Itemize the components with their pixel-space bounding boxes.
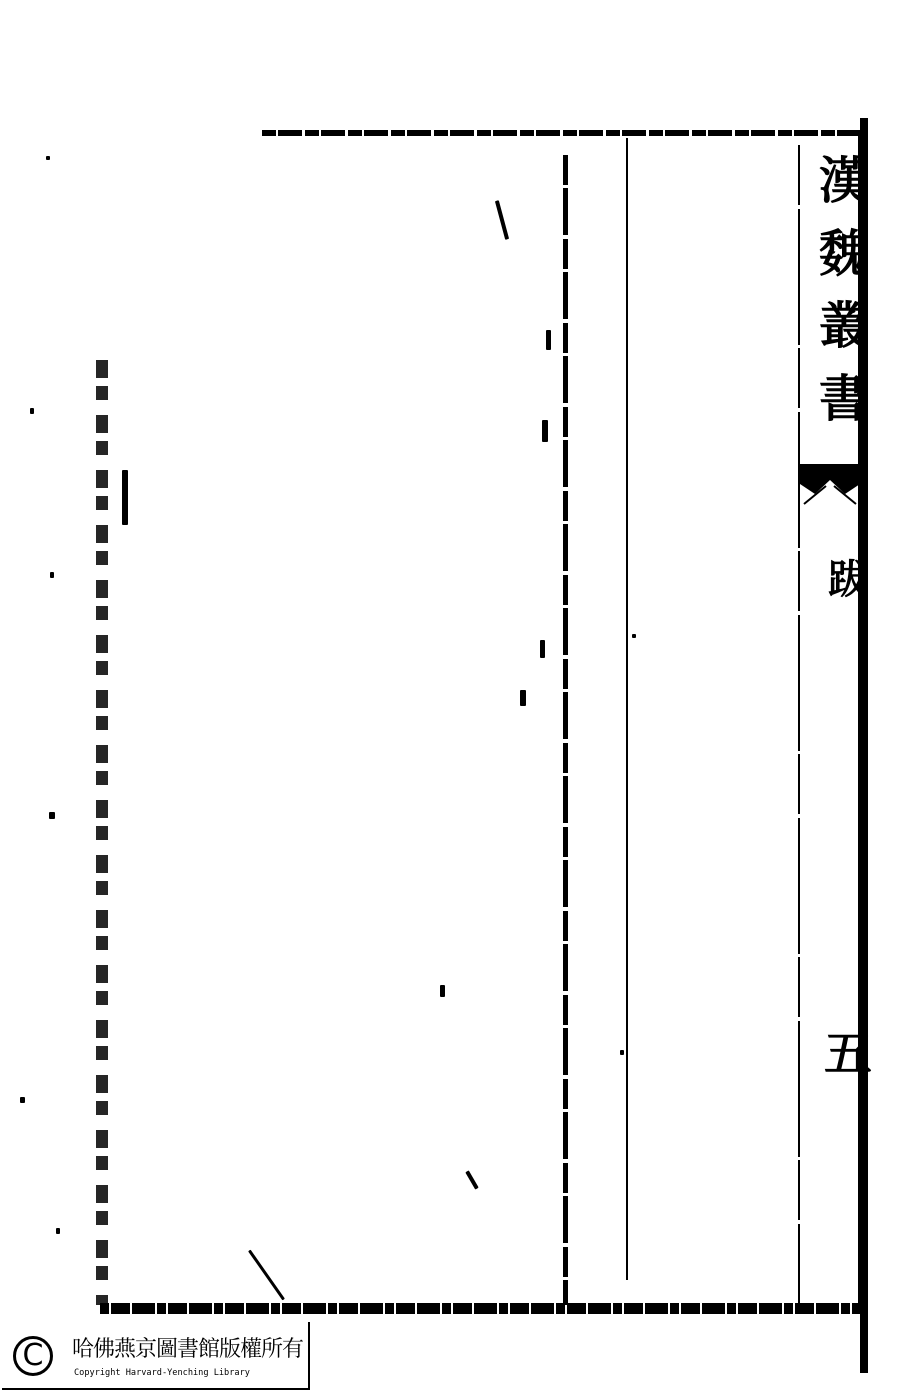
scan-speck <box>56 1228 60 1234</box>
title-char: 書 <box>819 363 860 436</box>
scan-speck <box>540 640 545 658</box>
scan-speck <box>632 634 636 638</box>
book-title-column: 漢 魏 叢 書 <box>808 145 860 435</box>
scan-speck <box>46 156 50 160</box>
copyright-icon: C <box>13 1336 53 1376</box>
fishtail-mark-icon <box>800 458 860 518</box>
scan-speck <box>30 408 34 414</box>
page-number: 五 <box>824 1015 872 1084</box>
scan-speck <box>546 330 551 350</box>
scanned-page: 漢 魏 叢 書 跋 五 C 哈佛燕京圖書館版權所有 Copyright Harv… <box>0 0 900 1395</box>
scan-speck <box>620 1050 624 1055</box>
section-label: 跋 <box>828 548 868 605</box>
scan-speck <box>20 1097 25 1103</box>
leaf-right-edge <box>563 155 568 1305</box>
title-char: 叢 <box>819 290 860 363</box>
title-char: 漢 <box>819 145 860 218</box>
scan-speck <box>122 470 128 525</box>
scan-speck <box>49 812 55 819</box>
title-char: 魏 <box>819 218 860 291</box>
blank-worn-leaf <box>96 150 568 1305</box>
scan-speck <box>542 420 548 442</box>
title-column-rule <box>798 145 800 1303</box>
leaf-left-edge <box>96 360 108 1305</box>
scan-speck <box>50 572 54 578</box>
copyright-stamp: C 哈佛燕京圖書館版權所有 Copyright Harvard-Yenching… <box>2 1322 310 1390</box>
copyright-chinese-text: 哈佛燕京圖書館版權所有 <box>72 1332 303 1363</box>
right-page-edge <box>860 118 868 1373</box>
column-rule <box>626 138 628 1280</box>
scan-speck <box>440 985 445 997</box>
scan-speck <box>520 690 526 706</box>
top-frame-border <box>262 130 868 136</box>
copyright-english-text: Copyright Harvard-Yenching Library <box>74 1368 250 1378</box>
